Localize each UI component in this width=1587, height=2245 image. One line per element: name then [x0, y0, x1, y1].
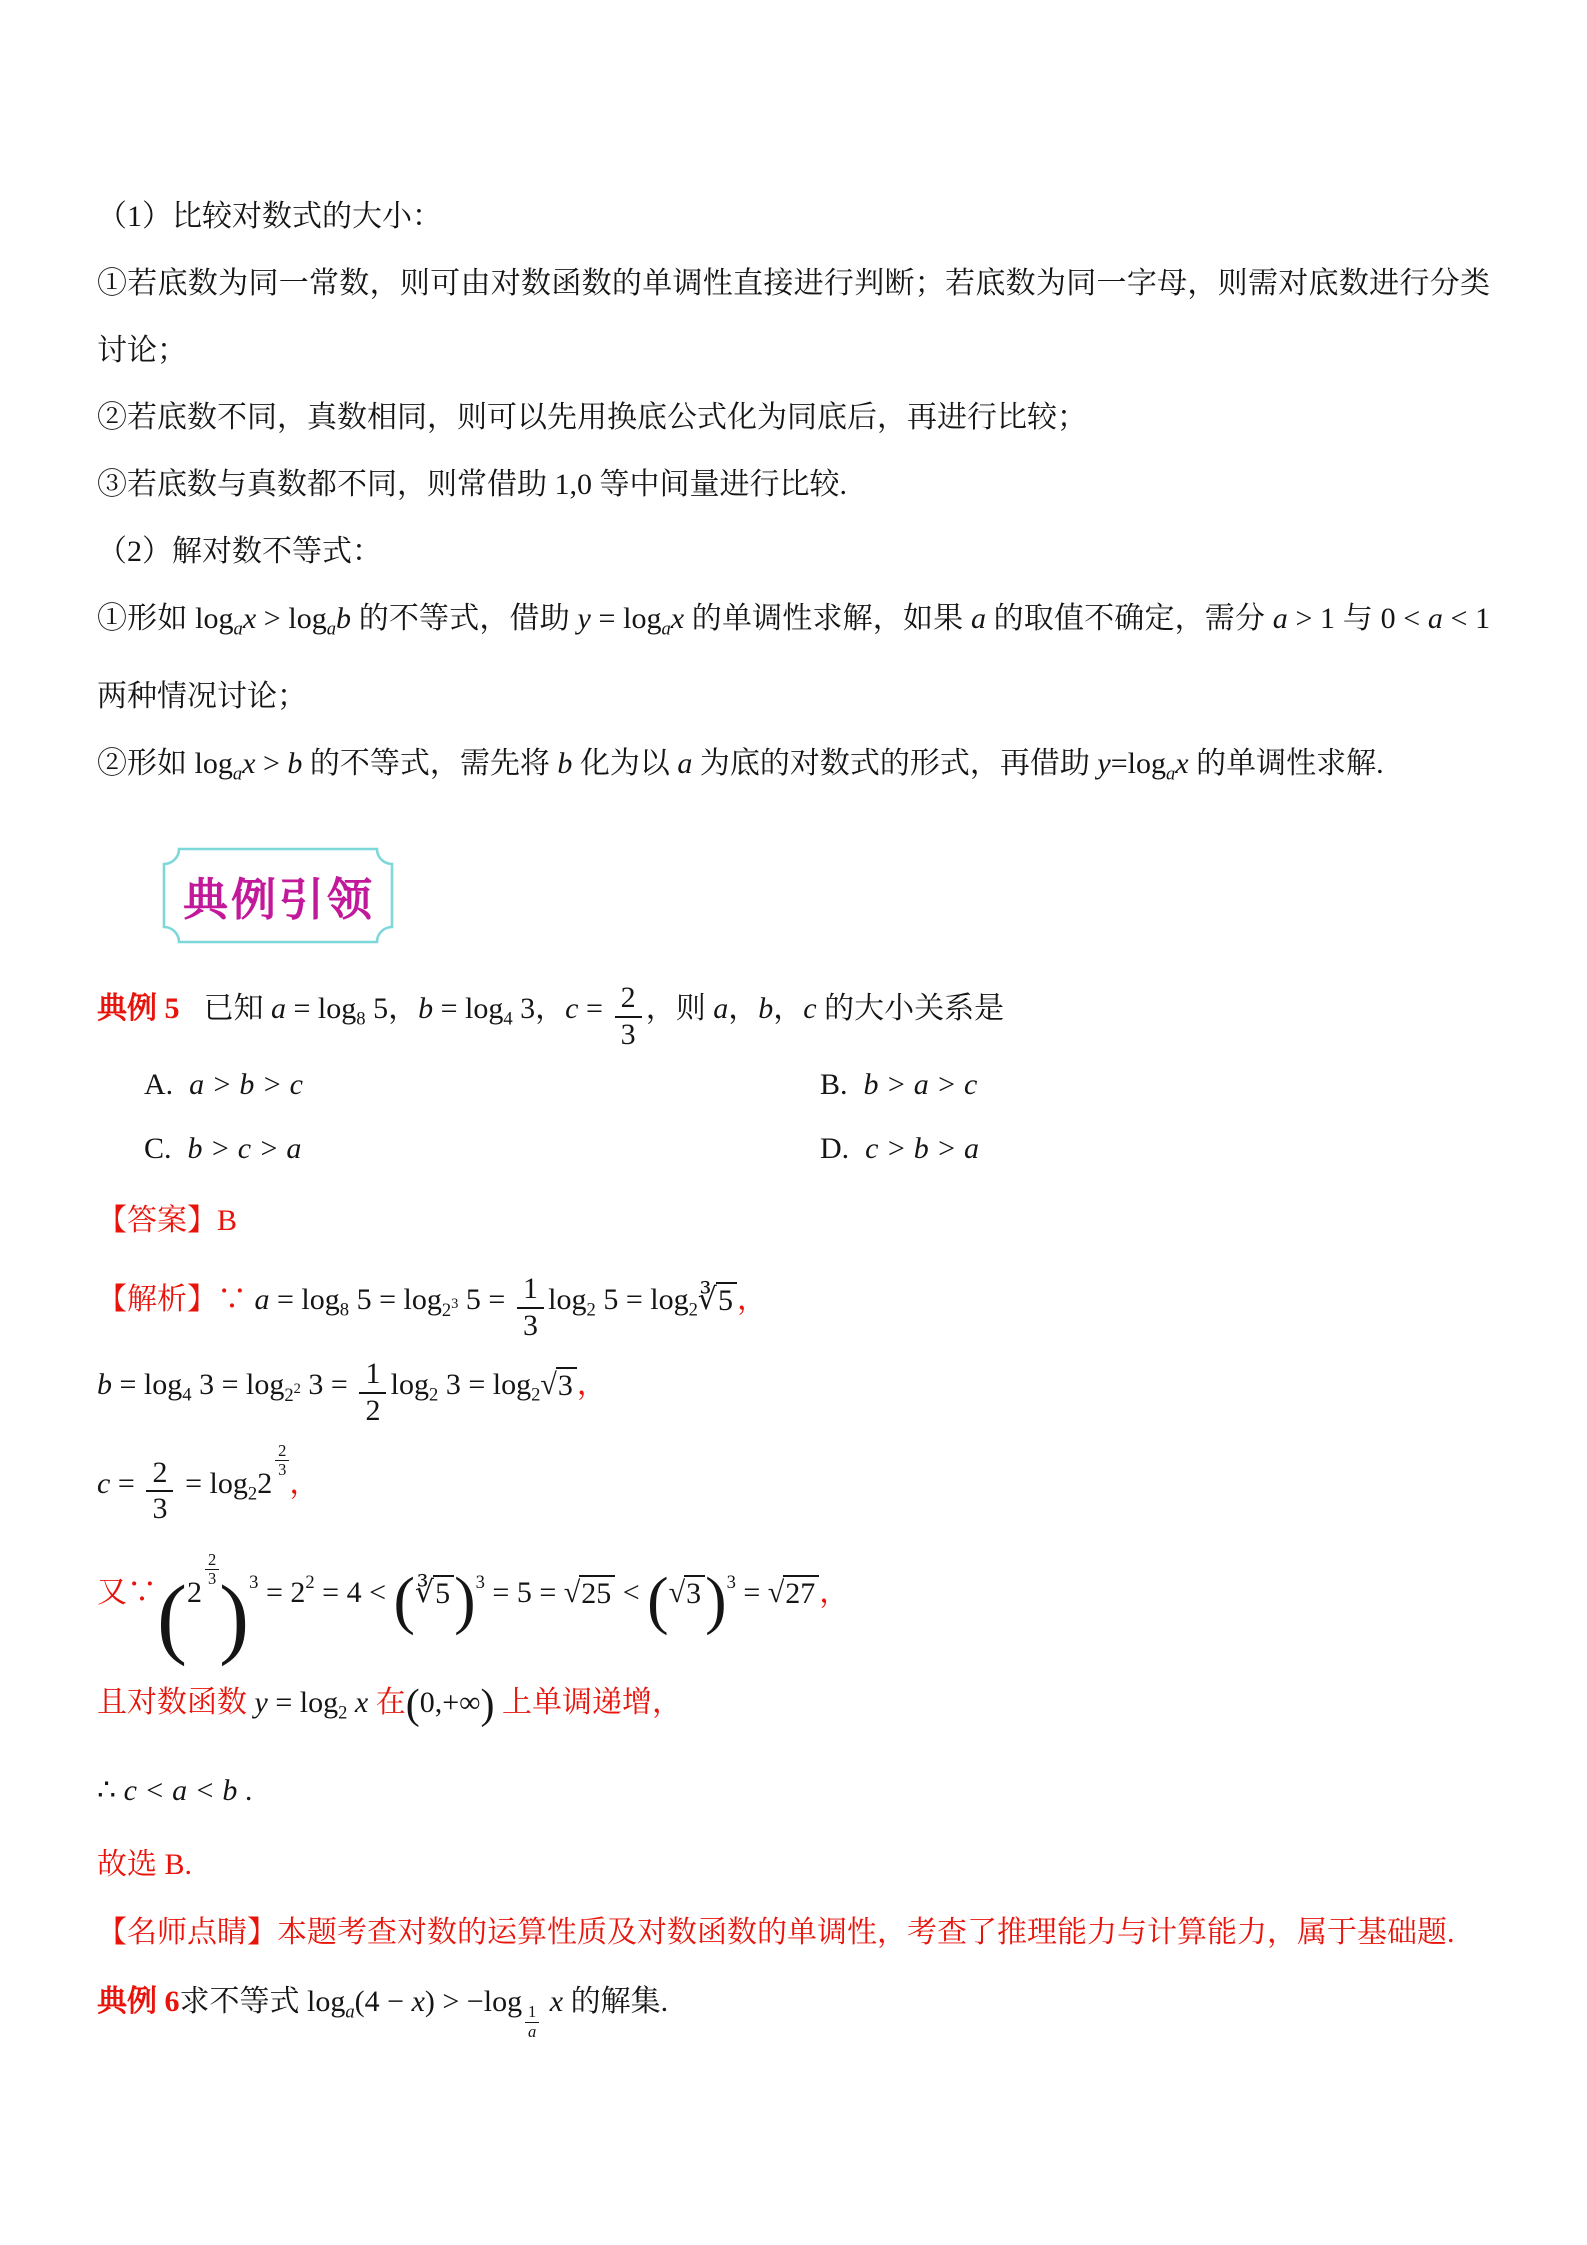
text-run: ，: [773, 992, 803, 1025]
radical-sign: √: [564, 1576, 580, 1609]
radical-sign: √: [540, 1368, 556, 1401]
text-run: 的大小关系是: [817, 992, 1005, 1025]
math-token: log: [195, 747, 233, 780]
math-token: log: [210, 1467, 248, 1500]
math-token: 2: [615, 981, 642, 1016]
left-paren: (: [647, 1564, 668, 1635]
text-run: 的取值不确定，需分: [986, 602, 1273, 635]
comma: ，: [577, 1368, 607, 1401]
math-token: log: [301, 1283, 339, 1316]
comma: ，: [737, 1283, 767, 1316]
math-token: b: [97, 1368, 112, 1401]
math-token: 2: [442, 1300, 451, 1321]
math-token: 3: [146, 1490, 173, 1527]
math-token: b: [758, 992, 773, 1025]
exponent-fraction: 23: [205, 1551, 219, 1589]
math-token: <: [615, 1576, 647, 1609]
math-token: (4 −: [355, 1985, 412, 2018]
option-C: C.b > c > a: [97, 1126, 773, 1172]
math-token: 2: [359, 1392, 386, 1429]
square-root: √3: [669, 1576, 705, 1609]
math-token: =: [178, 1467, 210, 1500]
text-run: 上单调递增，: [495, 1686, 683, 1719]
text-run: 求不等式: [180, 1985, 308, 2018]
math-token: a: [525, 2022, 539, 2041]
math-token: 4: [182, 1385, 191, 1406]
option-expression: a > b > c: [189, 1068, 303, 1101]
fraction: 12: [359, 1357, 386, 1428]
conclusion-text: 故选 B.: [97, 1848, 192, 1881]
text-run: 的解集.: [563, 1985, 668, 2018]
text-run: ，: [728, 992, 758, 1025]
formula-logax-gt-b: logax > b: [195, 747, 303, 780]
text-run: ②形如: [97, 747, 195, 780]
math-token: a: [1273, 602, 1288, 635]
notes-section: （1）比较对数式的大小： ①若底数为同一常数，则可由对数函数的单调性直接进行判断…: [97, 183, 1490, 807]
option-B: B.b > a > c: [773, 1062, 1490, 1108]
square-root: √27: [768, 1576, 819, 1609]
teacher-note-label: 【名师点睛】: [97, 1916, 277, 1949]
math-token: x: [243, 602, 256, 635]
note-paragraph-2: ①若底数为同一常数，则可由对数函数的单调性直接进行判断；若底数为同一字母，则需对…: [97, 250, 1490, 384]
text-run: 的不等式，借助: [351, 602, 578, 635]
math-token: 3: [476, 1572, 485, 1593]
math-token: =: [481, 1283, 513, 1316]
answer-line: 【答案】B: [97, 1198, 1490, 1244]
formula-y-eq-logax: y=logax: [1097, 747, 1188, 780]
formula-y-eq-logax: y = logax: [578, 602, 685, 635]
math-token: b: [418, 992, 433, 1025]
note-paragraph-6: ①形如 logax > logab 的不等式，借助 y = logax 的单调性…: [97, 585, 1490, 730]
math-token: x: [242, 747, 255, 780]
math-token: 5: [349, 1283, 372, 1316]
math-token: 2: [146, 1456, 173, 1491]
math-token: > 1: [1288, 602, 1335, 635]
math-token: 3: [517, 1307, 544, 1344]
also-because: 又∵: [97, 1576, 157, 1609]
teacher-note-line: 【名师点睛】本题考查对数的运算性质及对数函数的单调性，考查了推理能力与计算能力，…: [97, 1910, 1490, 1956]
math-token: 4: [503, 1009, 512, 1030]
math-token: x: [1175, 747, 1188, 780]
option-key: A.: [144, 1068, 173, 1101]
math-token: =: [1111, 747, 1128, 780]
right-paren: ): [705, 1564, 726, 1635]
solution-line-5: 且对数函数 y = log2 x 在(0,+∞) 上单调递增，: [97, 1680, 1490, 1737]
solution-line-4: 又∵(223)3 = 22 = 4 < (∛5)3 = 5 = √25 < (√…: [97, 1547, 1490, 1654]
left-paren: (: [394, 1564, 415, 1635]
math-token: >: [255, 747, 287, 780]
example5-label: 典例 5: [97, 992, 180, 1025]
square-root: √3: [540, 1368, 576, 1401]
therefore-symbol: ∴: [97, 1774, 124, 1807]
math-token: 3: [205, 1569, 219, 1588]
math-token: 2: [587, 1300, 596, 1321]
section-badge: 典例引领: [162, 847, 396, 944]
math-token: 2: [257, 1467, 272, 1500]
left-paren: (: [157, 1568, 187, 1667]
text-run: 化为以: [572, 747, 677, 780]
math-token: a: [327, 619, 336, 640]
math-token: a: [345, 2002, 354, 2023]
math-token: 0 <: [1381, 602, 1428, 635]
example6-label: 典例 6: [97, 1985, 180, 2018]
math-token: 2: [294, 1381, 301, 1397]
math-token: b: [557, 747, 572, 780]
log-base-2-cubed: 23: [442, 1300, 459, 1321]
option-A: A.a > b > c: [97, 1062, 773, 1108]
math-token: a: [1166, 763, 1175, 784]
math-token: 2: [248, 1483, 257, 1504]
math-token: log: [318, 992, 356, 1025]
math-token: a: [713, 992, 728, 1025]
radical-sign: ∛: [415, 1576, 434, 1609]
math-token: > −: [435, 1985, 484, 2018]
math-token: 5: [458, 1283, 481, 1316]
math-token: 2: [429, 1385, 438, 1406]
math-token: a: [661, 619, 670, 640]
math-token: =: [112, 1368, 144, 1401]
note-paragraph-1: （1）比较对数式的大小：: [97, 183, 1490, 250]
math-token: log: [1128, 747, 1166, 780]
math-token: b: [287, 747, 302, 780]
note-paragraph-5: （2）解对数不等式：: [97, 518, 1490, 585]
text-run: 的单调性求解，如果: [684, 602, 971, 635]
interval: 0,+∞: [420, 1686, 481, 1719]
math-token: 5: [596, 1283, 619, 1316]
math-token: =: [323, 1368, 355, 1401]
exponent-fraction: 23: [275, 1442, 289, 1480]
math-token: log: [623, 602, 661, 635]
math-token: b: [336, 602, 351, 635]
math-token: 2: [689, 1300, 698, 1321]
math-token: log: [288, 602, 326, 635]
math-token: = 5 =: [485, 1576, 564, 1609]
fraction: 13: [517, 1272, 544, 1343]
math-token: >: [256, 602, 288, 635]
math-token: =: [461, 1368, 493, 1401]
math-token: =: [736, 1576, 768, 1609]
math-token: c < a < b: [124, 1774, 238, 1807]
math-token: 2: [284, 1385, 293, 1406]
math-token: x: [347, 1686, 368, 1719]
radicand: 25: [579, 1575, 615, 1610]
option-key: D.: [820, 1132, 849, 1165]
math-token: y: [578, 602, 591, 635]
radicand: 3: [684, 1575, 705, 1610]
text-run: ，: [535, 992, 565, 1025]
math-token: 3: [192, 1368, 215, 1401]
text-run: 则: [676, 992, 714, 1025]
math-token: =: [618, 1283, 650, 1316]
text-run: 的不等式，需先将: [302, 747, 557, 780]
math-token: x: [542, 1985, 563, 2018]
radical-sign: ∛: [698, 1283, 717, 1316]
math-token: c: [97, 1467, 110, 1500]
math-token: 5: [366, 992, 389, 1025]
math-token: a: [255, 1283, 270, 1316]
math-token: 3: [438, 1368, 461, 1401]
math-token: x: [412, 1985, 425, 2018]
math-token: y: [255, 1686, 268, 1719]
math-token: a: [1428, 602, 1443, 635]
math-token: =: [258, 1576, 290, 1609]
solution-line-2: b = log4 3 = log22 3 = 12log2 3 = log2√3…: [97, 1357, 1490, 1428]
math-token: ): [425, 1985, 435, 2018]
math-token: log: [650, 1283, 688, 1316]
math-token: =: [591, 602, 623, 635]
math-token: c: [803, 992, 816, 1025]
text-run: ，: [646, 992, 676, 1025]
text-run: 已知: [204, 992, 272, 1025]
math-token: log: [484, 1985, 522, 2018]
document-page: （1）比较对数式的大小： ①若底数为同一常数，则可由对数函数的单调性直接进行判断…: [0, 0, 1587, 2245]
text-run: ，: [388, 992, 418, 1025]
math-token: 3: [301, 1368, 324, 1401]
math-token: 3: [513, 992, 536, 1025]
formula-logax-gt-logab: logax > logab: [195, 602, 351, 635]
text-run: ①形如: [97, 602, 195, 635]
answer-label: 【答案】: [97, 1204, 217, 1237]
math-token: 2: [205, 1551, 219, 1569]
math-token: =: [372, 1283, 404, 1316]
subscript-fraction: 1a: [525, 2003, 539, 2041]
option-key: B.: [820, 1068, 848, 1101]
math-token: log: [195, 602, 233, 635]
log-base-2-squared: 22: [284, 1385, 301, 1406]
math-token: log: [144, 1368, 182, 1401]
option-expression: b > a > c: [864, 1068, 978, 1101]
right-paren: ): [454, 1564, 475, 1635]
answer-value: B: [217, 1204, 237, 1237]
cube-root: ∛5: [698, 1283, 737, 1316]
note-paragraph-4: ③若底数与真数都不同，则常借助 1,0 等中间量进行比较.: [97, 451, 1490, 518]
math-token: c: [565, 992, 578, 1025]
math-token: =: [286, 992, 318, 1025]
right-paren: ): [481, 1682, 495, 1728]
math-token: =: [270, 1283, 302, 1316]
text-run: 两种情况讨论；: [97, 680, 307, 713]
math-token: 1: [517, 1272, 544, 1307]
math-token: log: [391, 1368, 429, 1401]
option-D: D.c > b > a: [773, 1126, 1490, 1172]
square-root: √25: [564, 1576, 615, 1609]
text-run: 的单调性求解.: [1189, 747, 1384, 780]
example5-heading: 典例 5已知 a = log8 5，b = log4 3，c = 23，则 a，…: [97, 980, 1490, 1052]
math-token: log: [403, 1283, 441, 1316]
math-token: =: [578, 992, 610, 1025]
radical-sign: √: [768, 1576, 784, 1609]
math-token: a: [677, 747, 692, 780]
note-paragraph-7: ②形如 logax > b 的不等式，需先将 b 化为以 a 为底的对数式的形式…: [97, 730, 1490, 808]
math-token: 2: [305, 1572, 314, 1593]
fraction: 23: [146, 1456, 173, 1527]
math-token: log: [246, 1368, 284, 1401]
math-token: 1: [359, 1357, 386, 1392]
math-token: 2: [531, 1385, 540, 1406]
solution-line-6: ∴ c < a < b .: [97, 1768, 1490, 1814]
right-paren: ): [219, 1568, 249, 1667]
text-run: 为底的对数式的形式，再借助: [692, 747, 1097, 780]
radicand: 5: [716, 1282, 737, 1317]
text-run: 且对数函数: [97, 1686, 255, 1719]
math-token: 8: [356, 1009, 365, 1030]
math-token: log: [465, 992, 503, 1025]
math-token: < 1: [1443, 602, 1490, 635]
text-run: 与: [1335, 602, 1381, 635]
teacher-note-text: 本题考查对数的运算性质及对数函数的单调性，考查了推理能力与计算能力，属于基础题.: [277, 1916, 1455, 1949]
math-token: a: [971, 602, 986, 635]
math-token: =: [433, 992, 465, 1025]
math-token: =: [268, 1686, 300, 1719]
math-token: x: [671, 602, 684, 635]
example6-heading: 典例 6求不等式 loga(4 − x) > −log1a x 的解集.: [97, 1974, 1490, 2041]
option-expression: b > c > a: [188, 1132, 302, 1165]
because-symbol: ∵: [217, 1283, 255, 1316]
math-token: =: [110, 1467, 142, 1500]
text-run: 在: [368, 1686, 406, 1719]
solution-line-1: 【解析】∵ a = log8 5 = log23 5 = 13log2 5 = …: [97, 1272, 1490, 1343]
math-token: =: [214, 1368, 246, 1401]
math-token: = 4 <: [315, 1576, 394, 1609]
math-token: y: [1097, 747, 1110, 780]
math-token: 3: [275, 1460, 289, 1479]
comma: ，: [289, 1467, 319, 1500]
math-token: 8: [340, 1300, 349, 1321]
math-token: log: [307, 1985, 345, 2018]
badge-title: 典例引领: [162, 847, 396, 944]
math-token: log: [493, 1368, 531, 1401]
math-token: 2: [187, 1576, 202, 1609]
solution-line-3: c = 23 = log2223，: [97, 1442, 1490, 1527]
fraction: 23: [615, 981, 642, 1052]
math-token: 2: [275, 1442, 289, 1460]
radicand: 27: [783, 1575, 819, 1610]
math-token: 3: [615, 1016, 642, 1053]
math-token: log: [548, 1283, 586, 1316]
option-key: C.: [144, 1132, 172, 1165]
note-paragraph-3: ②若底数不同，真数相同，则可以先用换底公式化为同底后，再进行比较；: [97, 384, 1490, 451]
radicand: 3: [556, 1367, 577, 1402]
math-token: 2: [290, 1576, 305, 1609]
math-token: a: [234, 619, 243, 640]
cube-root: ∛5: [415, 1576, 454, 1609]
radicand: 5: [433, 1575, 454, 1610]
solution-label: 【解析】: [97, 1283, 217, 1316]
options-grid: A.a > b > c B.b > a > c C.b > c > a D.c …: [97, 1062, 1490, 1172]
math-token: a: [271, 992, 286, 1025]
math-token: a: [233, 763, 242, 784]
solution-line-7: 故选 B.: [97, 1842, 1490, 1888]
option-expression: c > b > a: [865, 1132, 979, 1165]
math-token: 3: [727, 1572, 736, 1593]
left-paren: (: [406, 1682, 420, 1728]
radical-sign: √: [669, 1576, 685, 1609]
math-token: 2: [338, 1702, 347, 1723]
math-token: 1: [525, 2003, 539, 2021]
math-token: .: [237, 1774, 252, 1807]
comma: ，: [819, 1576, 849, 1609]
math-token: log: [300, 1686, 338, 1719]
